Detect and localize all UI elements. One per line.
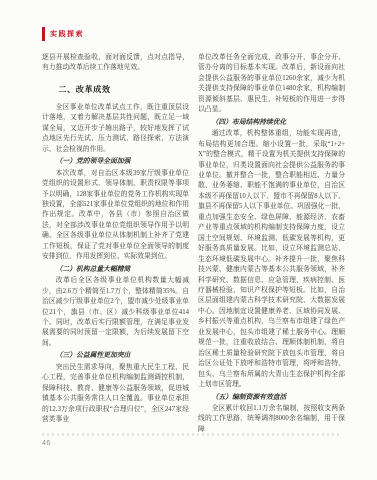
subsection-heading-4: （四）布局结构持续优化 [198,118,345,128]
page-number: 46 [42,440,51,447]
subsection-heading-5: （五）编制资源有效盘活 [198,393,345,403]
accent-bar [42,27,45,41]
continued-paragraph: 逐县开展检查验收，面对面反馈，点对点指导，有力推动改革后续工作落地见效。 [42,53,189,74]
paragraph: 通过改革，机构整体重组，功能实现再造，布局结构更加合理。缩小设置一批，采取“1+… [198,129,345,390]
subsection-heading-3: （三）公益属性更加突出 [42,351,189,361]
subsection-heading-1: （一）党的领导全面加强 [42,157,189,167]
continued-paragraph: 单位改革任务全面完成，政事分开、事企分开、管办分离的目标基本实现。改革后，新设面… [198,53,345,116]
paragraph: 改革后全区各级事业单位机构数量大幅减少，由2.6万个精简至1.7万个，整体精简3… [42,276,189,349]
header-tag-label: 实践探索 [50,29,84,39]
paragraph: 突出民生需求导向，聚焦重大民生工程、民心工程，完善事业单位机构编制监测调控机制，… [42,363,189,426]
paragraph: 全区累计收回1.1万余名编制，按照收支两条线的工作思路，统筹调剂8000余名编制… [198,404,345,435]
scan-noise-artifact [42,433,342,436]
subsection-heading-2: （二）机构总量大幅精简 [42,265,189,275]
right-column: 单位改革任务全面完成，政事分开、事企分开、管办分离的目标基本实现。改革后，新设面… [198,53,345,437]
text-columns: 逐县开展检查验收，面对面反馈，点对点指导，有力推动改革后续工作落地见效。 二、改… [42,53,345,437]
header-tag: 实践探索 [42,27,84,41]
paragraph: 全区事业单位改革试点工作，既注重顶层设计落地，又着力解决基层共性问题，既立足一域… [42,103,189,155]
section-heading: 二、改革成效 [42,85,189,95]
document-page: 实践探索 逐县开展检查验收，面对面反馈，点对点指导，有力推动改革后续工作落地见效… [0,0,377,480]
paragraph: 本次改革，对自治区本级39家厅级事业单位党组织的设置形式、领导体制、职责权限等事… [42,169,189,263]
left-column: 逐县开展检查验收，面对面反馈，点对点指导，有力推动改革后续工作落地见效。 二、改… [42,53,189,437]
